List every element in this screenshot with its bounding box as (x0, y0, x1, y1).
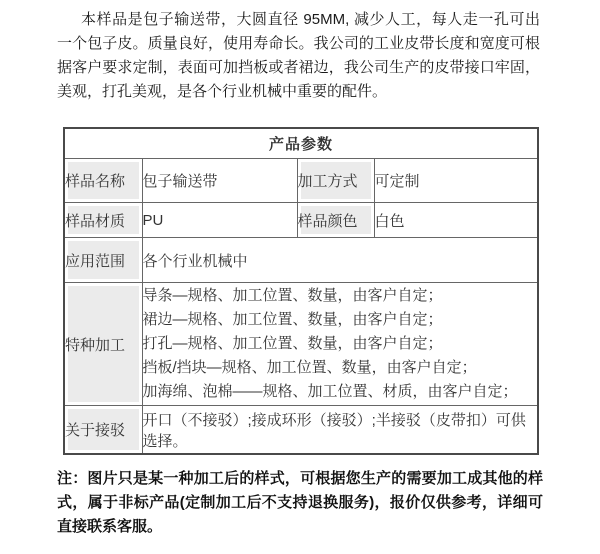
color-label: 样品颜色 (297, 203, 374, 238)
special-processing-value: 导条—规格、加工位置、数量，由客户自定； 裙边—规格、加工位置、数量，由客户自定… (142, 283, 538, 406)
application-scope-value: 各个行业机械中 (142, 238, 538, 283)
special-processing-label: 特种加工 (64, 283, 142, 406)
material-label: 样品材质 (64, 203, 142, 238)
product-params-table: 产品参数 样品名称 包子输送带 加工方式 可定制 样品材质 PU 样品颜色 白色… (63, 127, 539, 455)
application-scope-label: 应用范围 (64, 238, 142, 283)
product-spec-page: 本样品是包子输送带，大圆直径 95MM, 减少人工，每人走一孔可出一个包子皮。质… (0, 0, 600, 554)
special-processing-line: 裙边—规格、加工位置、数量，由客户自定； (143, 308, 538, 332)
sample-name-label: 样品名称 (64, 159, 142, 203)
processing-method-label: 加工方式 (297, 159, 374, 203)
material-value: PU (142, 203, 297, 238)
splicing-label: 关于接驳 (64, 406, 142, 455)
table-title: 产品参数 (64, 128, 538, 159)
table-row: 样品材质 PU 样品颜色 白色 (64, 203, 538, 238)
table-row: 应用范围 各个行业机械中 (64, 238, 538, 283)
note-text: 注：图片只是某一种加工后的样式，可根据您生产的需要加工成其他的样式，属于非标产品… (57, 467, 543, 539)
splicing-value: 开口（不接驳）;接成环形（接驳）;半接驳（皮带扣）可供选择。 (142, 406, 538, 455)
color-value: 白色 (374, 203, 538, 238)
intro-paragraph: 本样品是包子输送带，大圆直径 95MM, 减少人工，每人走一孔可出一个包子皮。质… (57, 8, 540, 104)
table-row: 特种加工 导条—规格、加工位置、数量，由客户自定； 裙边—规格、加工位置、数量，… (64, 283, 538, 406)
special-processing-line: 挡板/挡块—规格、加工位置、数量，由客户自定； (143, 356, 538, 380)
special-processing-line: 加海绵、泡棉——规格、加工位置、材质，由客户自定； (143, 380, 538, 404)
table-title-row: 产品参数 (64, 128, 538, 159)
special-processing-line: 导条—规格、加工位置、数量，由客户自定； (143, 284, 538, 308)
table-row: 样品名称 包子输送带 加工方式 可定制 (64, 159, 538, 203)
processing-method-value: 可定制 (374, 159, 538, 203)
table-row: 关于接驳 开口（不接驳）;接成环形（接驳）;半接驳（皮带扣）可供选择。 (64, 406, 538, 455)
sample-name-value: 包子输送带 (142, 159, 297, 203)
special-processing-line: 打孔—规格、加工位置、数量，由客户自定； (143, 332, 538, 356)
